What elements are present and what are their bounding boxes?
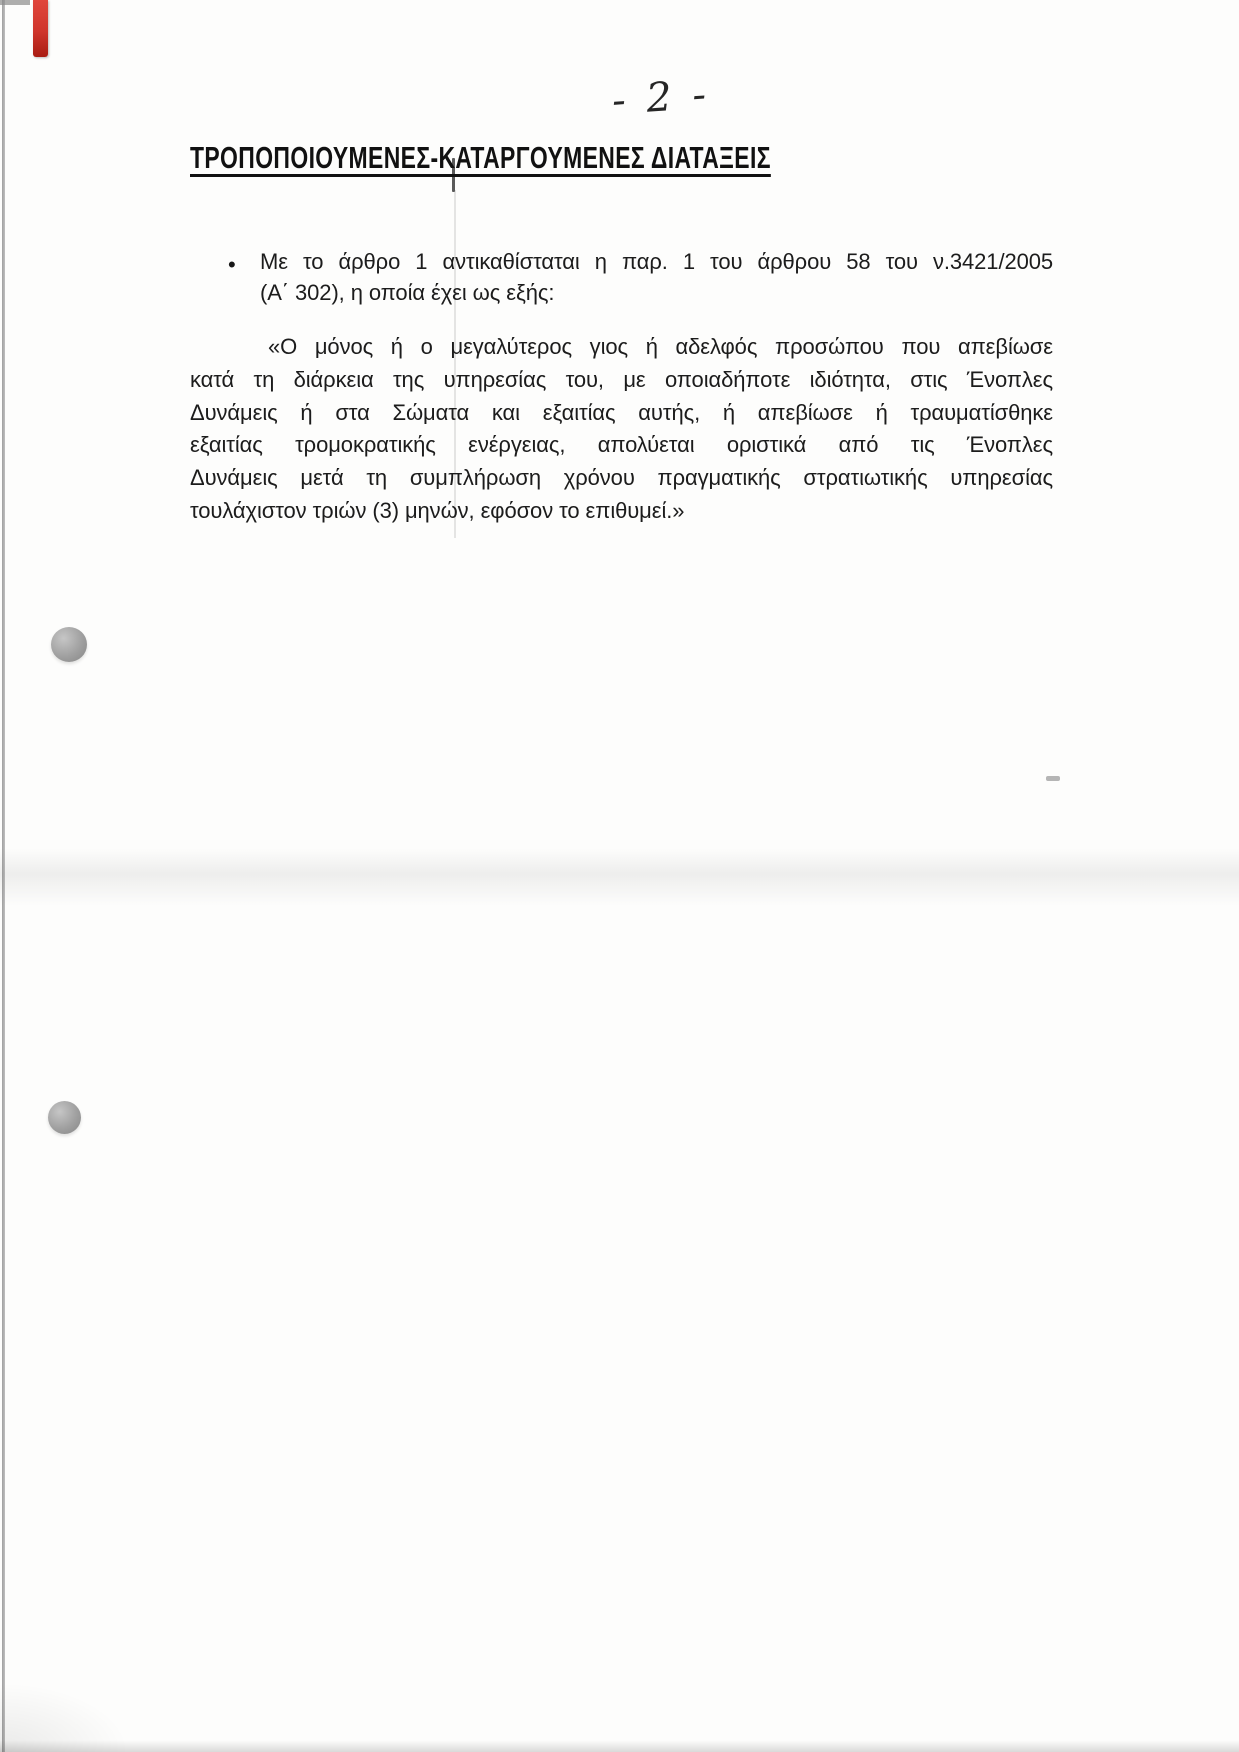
bullet-marker-icon: •: [228, 252, 236, 278]
handwritten-page-number: - 2 -: [611, 70, 734, 124]
scan-corner-shadow: [0, 1682, 130, 1752]
punch-hole-dot-top: [51, 627, 87, 662]
scanned-document-page: - 2 - ΤΡΟΠΟΠΟΙΟΥΜΕΝΕΣ-ΚΑΤΑΡΓΟΥΜΕΝΕΣ ΔΙΑΤ…: [0, 0, 1239, 1752]
bullet-item: Με το άρθρο 1 αντικαθίσταται η παρ. 1 το…: [260, 246, 1053, 308]
quote-line-3: Δυνάμεις ή στα Σώματα και εξαιτίας αυτής…: [190, 397, 1053, 430]
quote-line-2: κατά τη διάρκεια της υπηρεσίας του, με ο…: [190, 364, 1053, 397]
quote-line-4: εξαιτίας τρομοκρατικής ενέργειας, απολύε…: [190, 429, 1053, 462]
scan-top-corner-mark: [0, 0, 30, 5]
bullet-text-line-1: Με το άρθρο 1 αντικαθίσταται η παρ. 1 το…: [260, 246, 1053, 277]
bullet-text-line-2: (Α΄ 302), η οποία έχει ως εξής:: [260, 277, 1053, 308]
scan-fold-shadow-band: [0, 848, 1239, 906]
red-bookmark-tab: [33, 0, 48, 57]
quote-line-6: τουλάχιστον τριών (3) μηνών, εφόσον το ε…: [190, 495, 1053, 528]
scan-bottom-edge: [0, 1740, 1239, 1752]
punch-hole-dot-bottom: [48, 1101, 81, 1134]
document-title: ΤΡΟΠΟΠΟΙΟΥΜΕΝΕΣ-ΚΑΤΑΡΓΟΥΜΕΝΕΣ ΔΙΑΤΑΞΕΙΣ: [190, 140, 771, 176]
quote-line-1: «Ο μόνος ή ο μεγαλύτερος γιος ή αδελφός …: [190, 331, 1053, 364]
quote-line-5: Δυνάμεις μετά τη συμπλήρωση χρόνου πραγμ…: [190, 462, 1053, 495]
scan-smudge-right: [1046, 776, 1060, 781]
quote-paragraph: «Ο μόνος ή ο μεγαλύτερος γιος ή αδελφός …: [190, 331, 1053, 528]
